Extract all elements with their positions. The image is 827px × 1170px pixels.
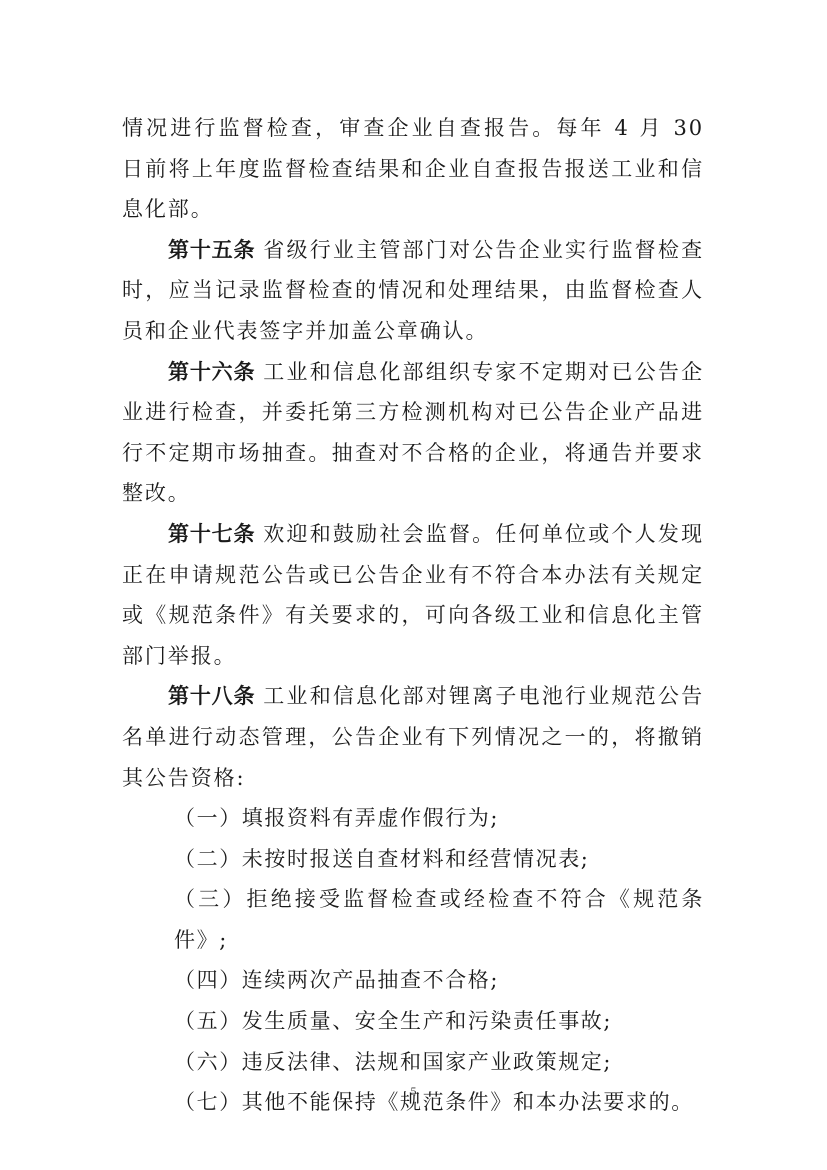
paragraph-text: 情况进行监督检查，审查企业自查报告。每年 4 月 30 日前将上年度监督检查结果… [122, 116, 704, 221]
document-body: 情况进行监督检查，审查企业自查报告。每年 4 月 30 日前将上年度监督检查结果… [122, 108, 704, 1123]
article-16: 第十六条工业和信息化部组织专家不定期对已公告企业进行检查，并委托第三方检测机构对… [122, 352, 704, 514]
page-number: 5 [0, 1084, 827, 1099]
article-heading: 第十五条 [168, 238, 255, 262]
article-heading: 第十六条 [168, 360, 255, 384]
list-item: （一）填报资料有弄虚作假行为; [122, 798, 704, 839]
article-15: 第十五条省级行业主管部门对公告企业实行监督检查时，应当记录监督检查的情况和处理结… [122, 230, 704, 352]
paragraph-continuation: 情况进行监督检查，审查企业自查报告。每年 4 月 30 日前将上年度监督检查结果… [122, 108, 704, 230]
list-item: （五）发生质量、安全生产和污染责任事故; [122, 1001, 704, 1042]
document-page: 情况进行监督检查，审查企业自查报告。每年 4 月 30 日前将上年度监督检查结果… [0, 0, 827, 1170]
article-17: 第十七条欢迎和鼓励社会监督。任何单位或个人发现正在申请规范公告或已公告企业有不符… [122, 514, 704, 676]
list-item: （二）未按时报送自查材料和经营情况表; [122, 839, 704, 880]
article-heading: 第十七条 [168, 522, 255, 546]
list-item: （三）拒绝接受监督检查或经检查不符合《规范条件》; [122, 879, 704, 960]
list-item: （六）违反法律、法规和国家产业政策规定; [122, 1042, 704, 1083]
revocation-conditions-list: （一）填报资料有弄虚作假行为; （二）未按时报送自查材料和经营情况表; （三）拒… [122, 798, 704, 1123]
list-item: （四）连续两次产品抽查不合格; [122, 960, 704, 1001]
article-heading: 第十八条 [168, 684, 255, 708]
article-18: 第十八条工业和信息化部对锂离子电池行业规范公告名单进行动态管理，公告企业有下列情… [122, 676, 704, 798]
